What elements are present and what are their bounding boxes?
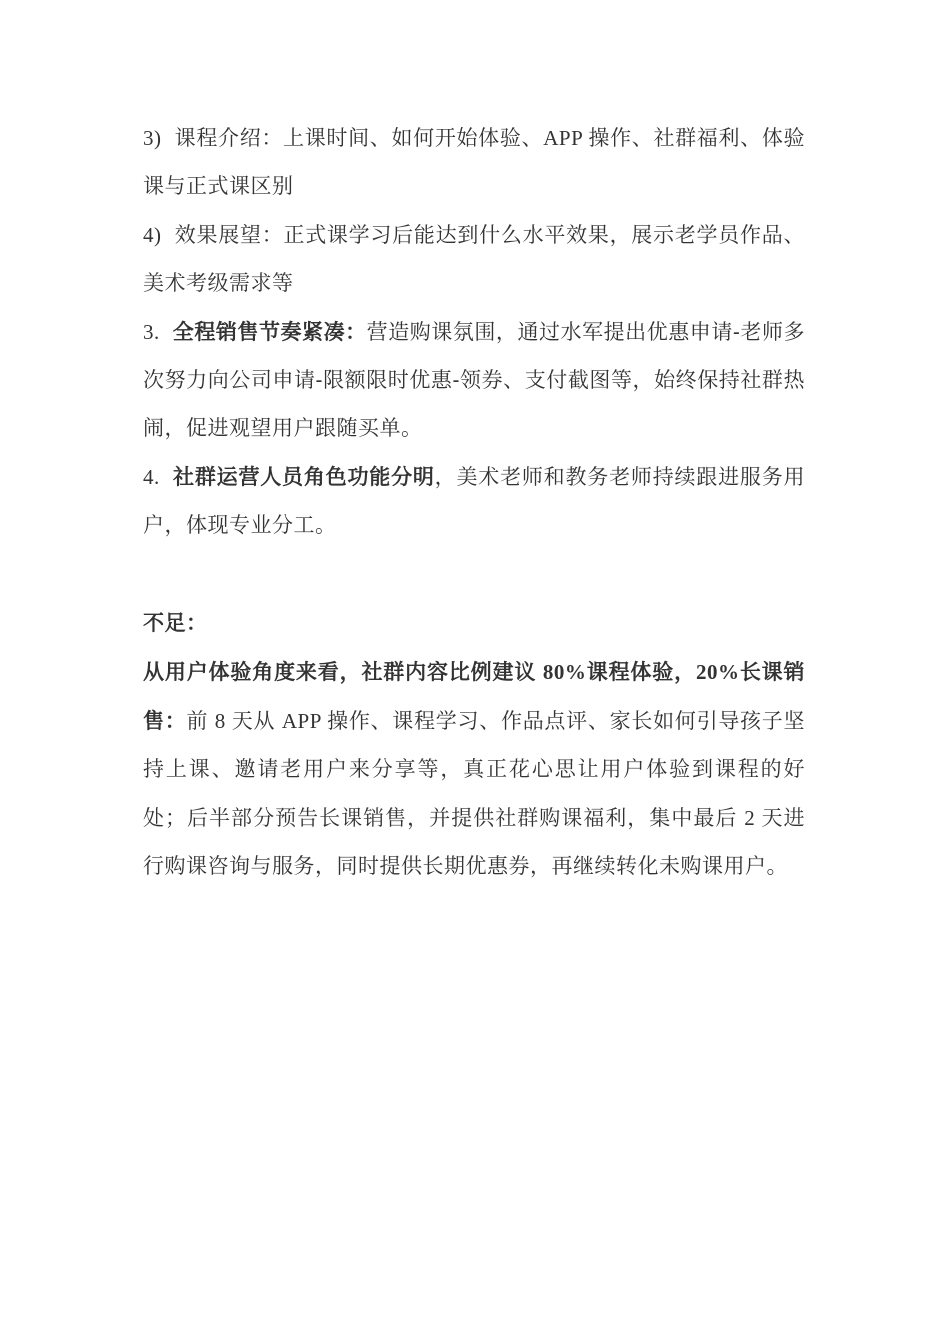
text-segment: 课程介绍：上课时间、如何开始体验、 [175,127,544,150]
section-heading-shortcomings: 不足： [143,600,805,648]
list-item-4-dot: 4.社群运营人员角色功能分明，美术老师和教务老师持续跟进服务用户，体现专业分工。 [143,453,805,550]
list-marker: 3) [143,126,162,150]
text-segment: 前 [186,710,214,733]
text-segment: 2 [744,806,761,830]
text-segment: 8 [215,709,232,733]
text-segment: 20% [696,660,740,684]
text-segment: 全程销售节奏紧凑： [173,321,367,344]
list-item-3-paren: 3)课程介绍：上课时间、如何开始体验、APP 操作、社群福利、体验课与正式课区别 [143,114,805,211]
list-marker: 4. [143,465,160,489]
list-item-4-paren: 4)效果展望：正式课学习后能达到什么水平效果，展示老学员作品、美术考级需求等 [143,211,805,308]
text-segment: 从用户体验角度来看，社群内容比例建议 [143,661,543,684]
document-body: 3)课程介绍：上课时间、如何开始体验、APP 操作、社群福利、体验课与正式课区别… [143,114,805,891]
list-marker: 3. [143,320,160,344]
text-segment: 不足： [143,612,208,635]
text-segment: APP [543,126,588,150]
list-item-3-dot: 3.全程销售节奏紧凑：营造购课氛围，通过水军提出优惠申请-老师多次努力向公司申请… [143,308,805,453]
list-marker: 4) [143,223,162,247]
text-segment: 80% [543,660,587,684]
text-segment: 社群运营人员角色功能分明 [173,466,435,489]
paragraph-suggestion: 从用户体验角度来看，社群内容比例建议 80%课程体验，20%长课销售：前 8 天… [143,648,805,891]
text-segment: 课程体验， [586,661,696,684]
text-segment: 效果展望：正式课学习后能达到什么水平效果，展示老学员作品、美术考级需求等 [143,224,805,295]
document-page: 3)课程介绍：上课时间、如何开始体验、APP 操作、社群福利、体验课与正式课区别… [0,0,950,1344]
text-segment: 天从 [232,710,282,733]
text-segment: APP [282,709,327,733]
